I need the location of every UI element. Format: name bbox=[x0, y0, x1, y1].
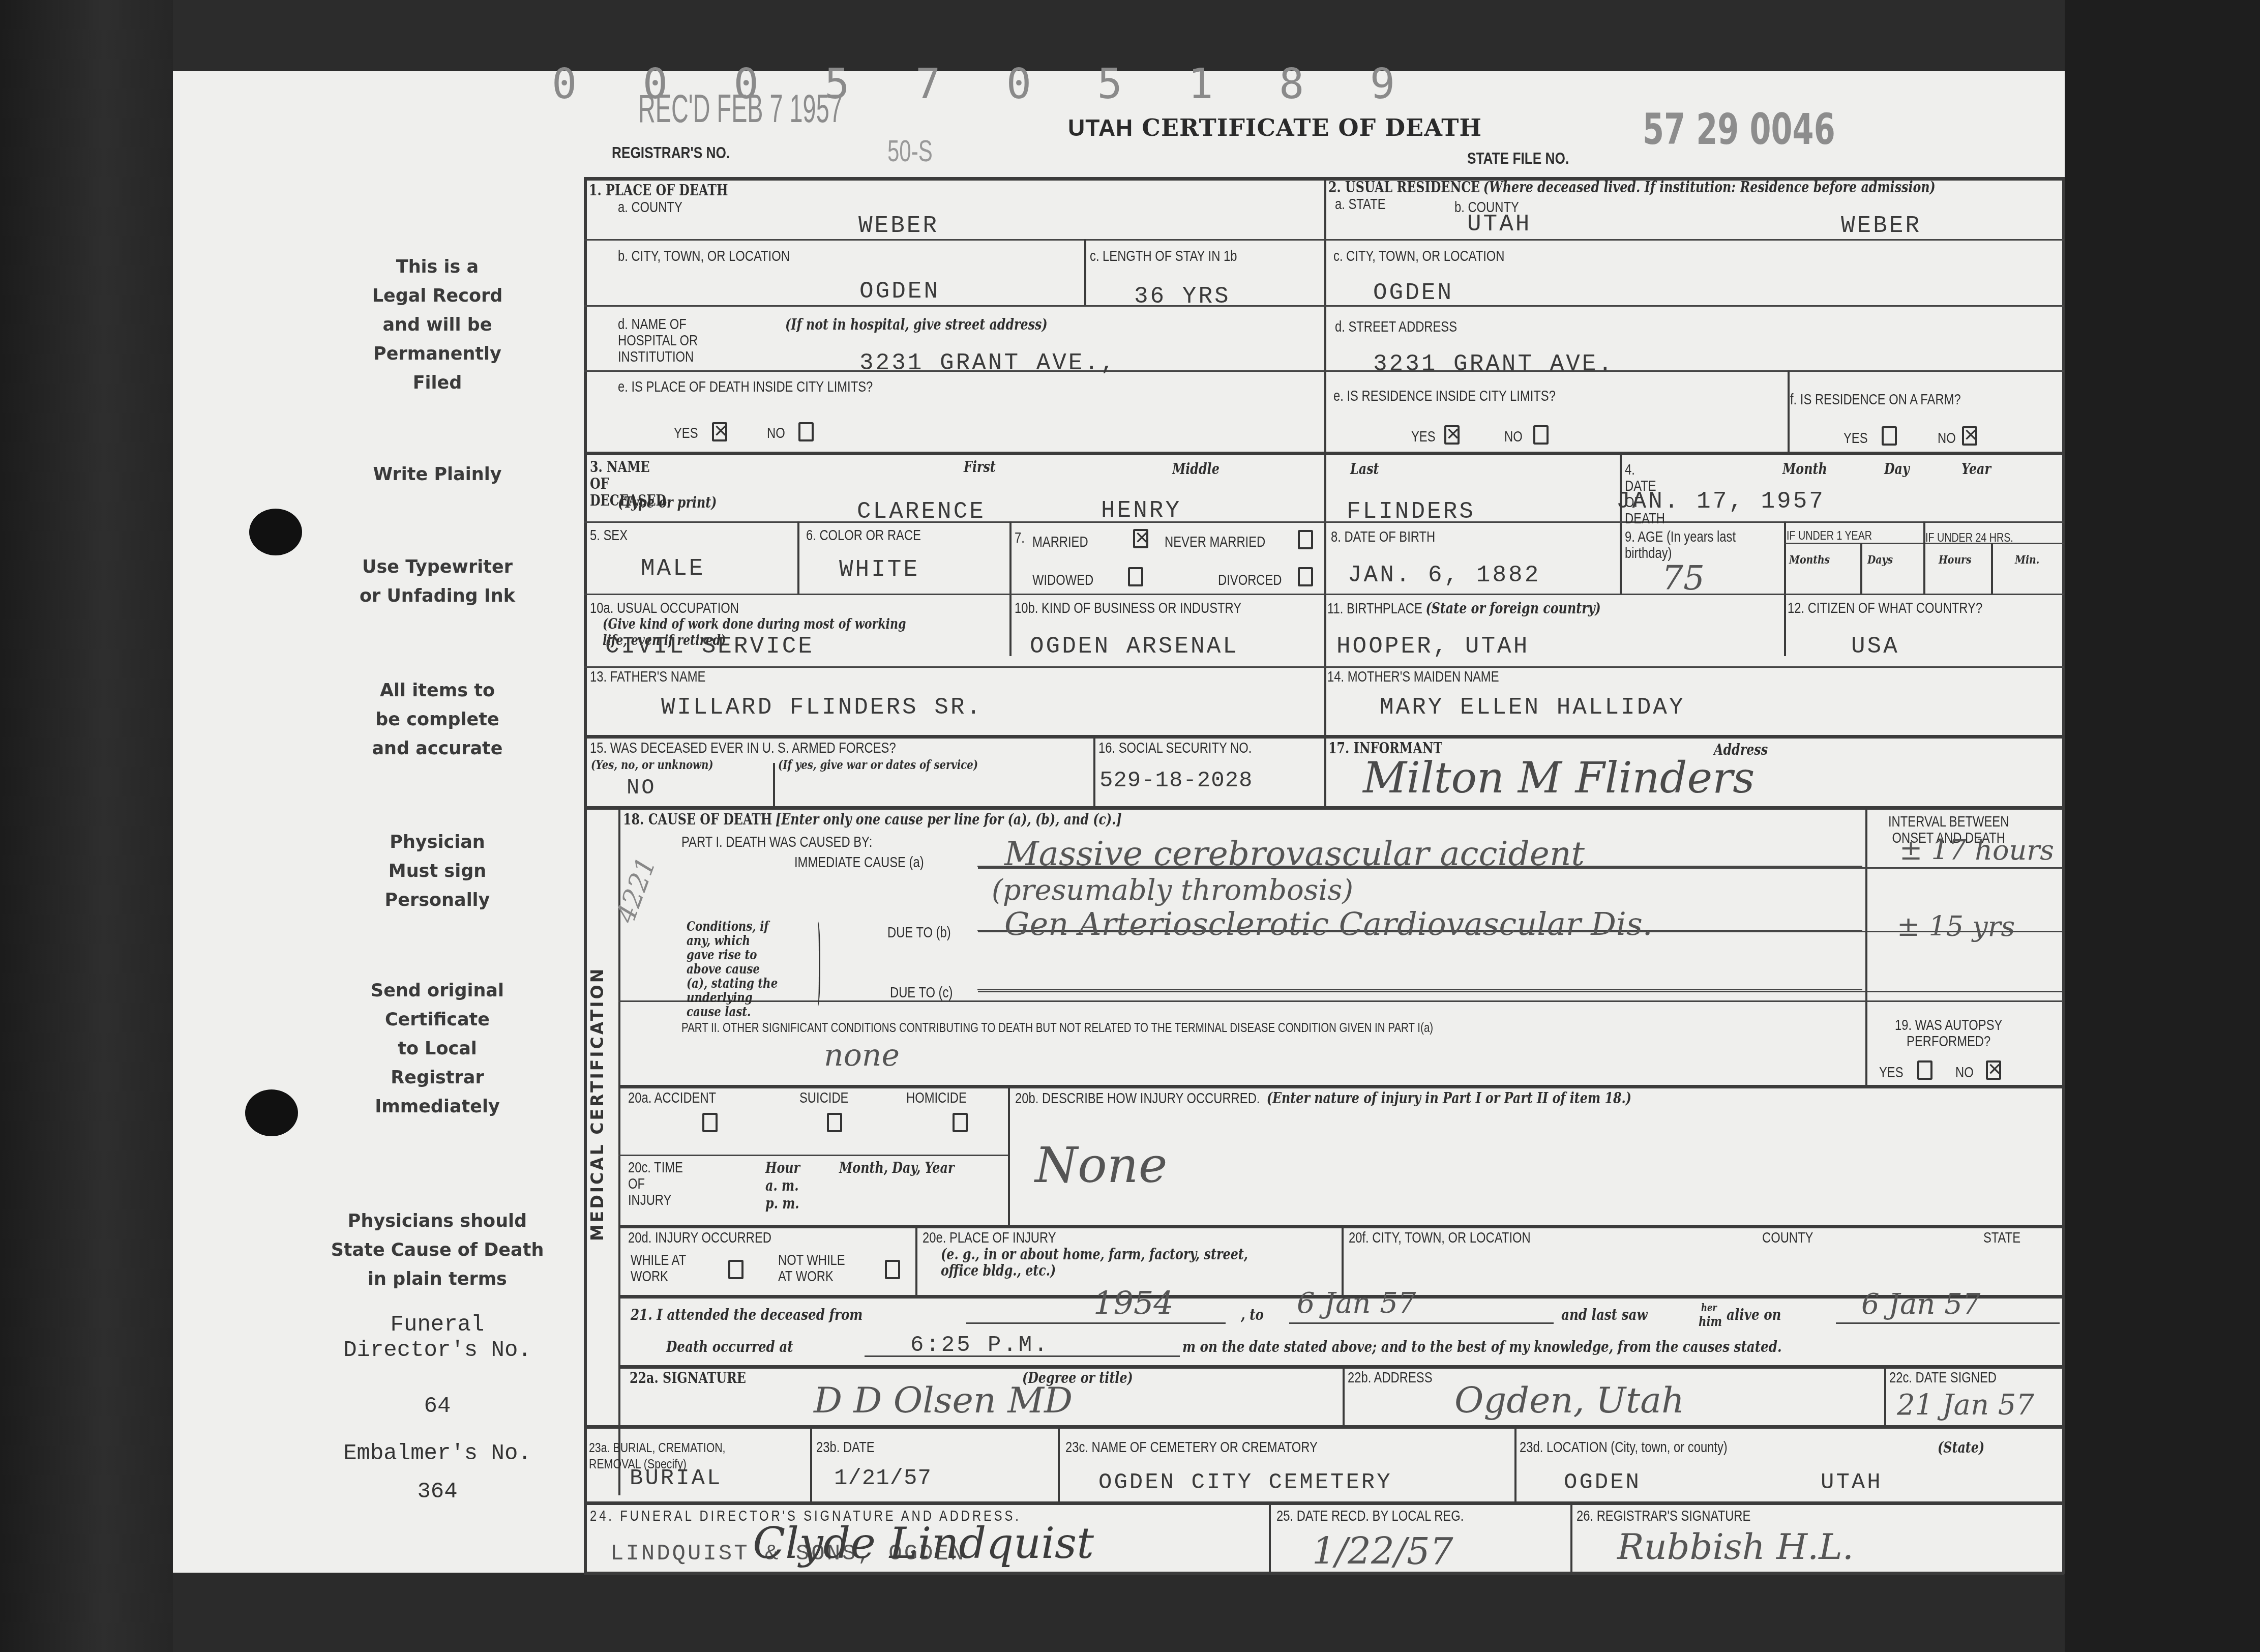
punch-hole-icon bbox=[249, 509, 302, 555]
item2-farm-no-label: NO bbox=[1938, 430, 1956, 447]
item2-no-label: NO bbox=[1504, 429, 1523, 445]
item20d-while-at-work: WHILE AT WORK bbox=[631, 1252, 701, 1285]
divider bbox=[2062, 177, 2065, 1574]
item18-part1: PART I. DEATH WAS CAUSED BY: bbox=[681, 834, 872, 850]
item22a-signature[interactable]: D D Olsen MD bbox=[814, 1379, 1073, 1421]
divider bbox=[1058, 1425, 1060, 1501]
item7-never-married-label: NEVER MARRIED bbox=[1165, 534, 1265, 550]
item21-last-seen[interactable]: 6 Jan 57 bbox=[1861, 1288, 1980, 1321]
item7-divorced-checkbox[interactable] bbox=[1298, 567, 1313, 586]
item15-label: 15. WAS DECEASED EVER IN U. S. ARMED FOR… bbox=[590, 740, 896, 756]
notice-typewriter: Use Typewriter or Unfading Ink bbox=[336, 553, 539, 611]
item9-months: Months bbox=[1789, 552, 1830, 568]
item20a-label: 20a. ACCIDENT bbox=[628, 1090, 716, 1106]
item25-label: 25. DATE RECD. BY LOCAL REG. bbox=[1276, 1508, 1464, 1524]
state-file-no-label: STATE FILE NO. bbox=[1467, 150, 1569, 166]
item1-hospital-hint: (If not in hospital, give street address… bbox=[785, 316, 1048, 333]
divider bbox=[1008, 1085, 1010, 1225]
item12-citizenship[interactable]: USA bbox=[1851, 633, 1899, 660]
divider bbox=[1991, 543, 1993, 594]
item14-label: 14. MOTHER'S MAIDEN NAME bbox=[1327, 669, 1499, 685]
divider bbox=[584, 370, 2064, 372]
item3-hint: (Type or print) bbox=[618, 494, 717, 511]
notice-physician-sign: Physician Must sign Personally bbox=[336, 828, 539, 915]
notice-legal-record: This is a Legal Record and will be Perma… bbox=[336, 253, 539, 398]
divider bbox=[584, 1501, 2064, 1505]
item1-city-label: b. CITY, TOWN, OR LOCATION bbox=[618, 248, 790, 264]
item1-yes-label: YES bbox=[674, 425, 698, 441]
item5-sex[interactable]: MALE bbox=[641, 555, 705, 582]
notice-plain-terms: Physicians should State Cause of Death i… bbox=[325, 1207, 549, 1294]
divider bbox=[797, 521, 799, 594]
item23d-label: 23d. LOCATION (City, town, or county) bbox=[1520, 1439, 1728, 1456]
notice-complete: All items to be complete and accurate bbox=[336, 676, 539, 763]
divider bbox=[1884, 1365, 1886, 1425]
item9-under-24-hrs: IF UNDER 24 HRS. bbox=[1925, 530, 2013, 546]
divider bbox=[1009, 521, 1012, 656]
divider bbox=[584, 305, 2064, 307]
page-title: UTAH CERTIFICATE OF DEATH bbox=[1068, 114, 1482, 141]
funeral-director-no: 64 bbox=[336, 1394, 539, 1419]
title-state: UTAH bbox=[1068, 114, 1133, 141]
item2-city-label: c. CITY, TOWN, OR LOCATION bbox=[1333, 248, 1504, 264]
divider bbox=[1324, 735, 1326, 806]
item20f-label: 20f. CITY, TOWN, OR LOCATION bbox=[1349, 1230, 1531, 1246]
item18-due-b[interactable]: Gen Arteriosclerotic Cardiovascular Dis. bbox=[1004, 905, 1652, 942]
underline bbox=[966, 1322, 1226, 1324]
divider bbox=[1865, 806, 1867, 1085]
item2-farm-yes-label: YES bbox=[1843, 430, 1868, 447]
item24-signature[interactable]: Clyde Lindquist bbox=[753, 1518, 1094, 1568]
item18-due-c-label: DUE TO (c) bbox=[890, 985, 953, 1001]
item18-part2-value[interactable]: none bbox=[824, 1038, 900, 1073]
item19-label: 19. WAS AUTOPSY PERFORMED? bbox=[1871, 1017, 2026, 1050]
item26-label: 26. REGISTRAR'S SIGNATURE bbox=[1577, 1508, 1750, 1524]
item20c-am: a. m. bbox=[765, 1177, 798, 1194]
item1-no-label: NO bbox=[767, 425, 785, 441]
item4-day-label: Day bbox=[1884, 461, 1910, 477]
item20c-pm: p. m. bbox=[765, 1195, 799, 1212]
divider bbox=[1570, 1501, 1572, 1574]
item8-label: 8. DATE OF BIRTH bbox=[1331, 529, 1435, 545]
item14-mother-name[interactable]: MARY ELLEN HALLIDAY bbox=[1380, 694, 1685, 721]
item20c-mdy: Month, Day, Year bbox=[839, 1160, 954, 1176]
divider bbox=[773, 763, 775, 809]
item20b-label: 20b. DESCRIBE HOW INJURY OCCURRED. (Ente… bbox=[1015, 1090, 1631, 1107]
notice-write-plainly: Write Plainly bbox=[336, 460, 539, 489]
item21-to-label: , to bbox=[1241, 1307, 1264, 1323]
underline bbox=[1836, 1322, 2060, 1324]
item1-no-checkbox[interactable] bbox=[798, 422, 814, 441]
divider bbox=[618, 1365, 2063, 1369]
item21-him: him bbox=[1699, 1314, 1722, 1330]
item22b-address[interactable]: Ogden, Utah bbox=[1454, 1379, 1684, 1421]
item9-days: Days bbox=[1867, 552, 1893, 568]
item6-race[interactable]: WHITE bbox=[839, 556, 919, 583]
divider bbox=[1784, 521, 1786, 656]
underline bbox=[865, 1355, 1180, 1357]
item3-middle-name[interactable]: HENRY bbox=[1101, 497, 1181, 524]
item20-accident-checkbox[interactable] bbox=[702, 1113, 718, 1132]
item18-immediate-label: IMMEDIATE CAUSE (a) bbox=[794, 854, 924, 871]
item9-min: Min. bbox=[2015, 552, 2039, 568]
item20e-hint: (e. g., in or about home, farm, factory,… bbox=[941, 1246, 1258, 1279]
item21-alive-on: alive on bbox=[1727, 1307, 1781, 1323]
item5-label: 5. SEX bbox=[590, 527, 628, 544]
item25-date-received[interactable]: 1/22/57 bbox=[1312, 1530, 1453, 1573]
divider bbox=[915, 1225, 917, 1295]
item23c-label: 23c. NAME OF CEMETERY OR CREMATORY bbox=[1065, 1439, 1318, 1456]
item23b-label: 23b. DATE bbox=[816, 1439, 875, 1456]
underline bbox=[1289, 1322, 1554, 1324]
item1-yes-checkbox[interactable] bbox=[712, 422, 727, 441]
embalmer-label: Embalmer's No. bbox=[336, 1441, 539, 1466]
item10b-label: 10b. KIND OF BUSINESS OR INDUSTRY bbox=[1015, 600, 1241, 616]
item23c-cemetery[interactable]: OGDEN CITY CEMETERY bbox=[1098, 1470, 1392, 1495]
divider bbox=[1788, 370, 1790, 452]
divider bbox=[1093, 735, 1095, 806]
item18-part2: PART II. OTHER SIGNIFICANT CONDITIONS CO… bbox=[681, 1020, 1433, 1036]
item8-date-of-birth[interactable]: JAN. 6, 1882 bbox=[1348, 562, 1540, 588]
item1-hospital[interactable]: 3231 GRANT AVE., bbox=[859, 350, 1117, 376]
item21-death-time[interactable]: 6:25 P.M. bbox=[910, 1333, 1050, 1358]
scan-border-bottom bbox=[173, 1573, 2065, 1652]
scan-border-left bbox=[0, 0, 173, 1652]
divider bbox=[1343, 1365, 1345, 1425]
divider bbox=[584, 735, 2064, 739]
item20d-not-while-at-work-checkbox[interactable] bbox=[885, 1260, 900, 1279]
item22a-label: 22a. SIGNATURE bbox=[630, 1370, 746, 1386]
item2-yes-label: YES bbox=[1411, 429, 1436, 445]
item20d-not-while-at-work: NOT WHILE AT WORK bbox=[778, 1252, 857, 1285]
item20-suicide-checkbox[interactable] bbox=[827, 1113, 842, 1132]
divider bbox=[1324, 177, 1326, 736]
item10b-industry[interactable]: OGDEN ARSENAL bbox=[1030, 633, 1239, 660]
item2-city[interactable]: OGDEN bbox=[1373, 280, 1453, 306]
item20b-value[interactable]: None bbox=[1035, 1137, 1167, 1194]
registrars-no-label: REGISTRAR'S NO. bbox=[612, 144, 730, 161]
divider bbox=[584, 806, 2064, 810]
funeral-director-label: Funeral Director's No. bbox=[336, 1312, 539, 1363]
item7-divorced-label: DIVORCED bbox=[1218, 572, 1282, 588]
item20-homicide-checkbox[interactable] bbox=[953, 1113, 968, 1132]
title-text: CERTIFICATE OF DEATH bbox=[1142, 114, 1482, 141]
item9-label: 9. AGE (In years last birthday) bbox=[1625, 529, 1750, 562]
item1-inside-city-label: e. IS PLACE OF DEATH INSIDE CITY LIMITS? bbox=[618, 379, 873, 395]
item2-inside-no-checkbox[interactable] bbox=[1533, 425, 1549, 445]
item11-label: 11. BIRTHPLACE (State or foreign country… bbox=[1327, 600, 1601, 617]
item15-hint-a: (Yes, no, or unknown) bbox=[591, 757, 713, 773]
item7-never-married-checkbox[interactable] bbox=[1298, 530, 1313, 549]
item16-label: 16. SOCIAL SECURITY NO. bbox=[1098, 740, 1252, 756]
divider bbox=[618, 1000, 2063, 1002]
item7-widowed-label: WIDOWED bbox=[1032, 572, 1093, 588]
item23d-location[interactable]: OGDEN bbox=[1564, 1470, 1641, 1495]
item2-street-label: d. STREET ADDRESS bbox=[1335, 319, 1457, 335]
registrars-no: 50-S bbox=[887, 133, 933, 168]
item20f-county: COUNTY bbox=[1762, 1230, 1813, 1246]
item21-text-2: and last saw bbox=[1561, 1307, 1648, 1323]
item20e-label: 20e. PLACE OF INJURY bbox=[923, 1230, 1056, 1246]
item18-interval-b[interactable]: ± 15 yrs bbox=[1897, 910, 2015, 942]
item3-first-label: First bbox=[964, 459, 996, 475]
divider bbox=[978, 991, 2062, 992]
item3-last-name[interactable]: FLINDERS bbox=[1347, 498, 1475, 525]
item7-widowed-checkbox[interactable] bbox=[1128, 567, 1143, 586]
item2-street[interactable]: 3231 GRANT AVE. bbox=[1373, 351, 1614, 377]
item2-inside-city-label: e. IS RESIDENCE INSIDE CITY LIMITS? bbox=[1333, 388, 1556, 404]
item16-ssn[interactable]: 529-18-2028 bbox=[1099, 768, 1253, 793]
item7-label: 7. bbox=[1015, 530, 1025, 546]
item23d-state[interactable]: UTAH bbox=[1821, 1470, 1883, 1495]
item10a-label: 10a. USUAL OCCUPATION bbox=[590, 600, 739, 616]
bracket bbox=[814, 921, 820, 1007]
divider bbox=[618, 1225, 2063, 1228]
item2-farm-yes-checkbox[interactable] bbox=[1882, 426, 1897, 446]
item1-stay-label: c. LENGTH OF STAY IN 1b bbox=[1090, 248, 1237, 264]
divider bbox=[618, 1085, 2063, 1088]
item19-yes-checkbox[interactable] bbox=[1917, 1060, 1932, 1080]
item20-homicide-label: HOMICIDE bbox=[906, 1090, 967, 1106]
item15-hint-b: (If yes, give war or dates of service) bbox=[778, 757, 978, 773]
item4-date-of-death[interactable]: JAN. 17, 1957 bbox=[1616, 488, 1825, 515]
item7-married-checkbox[interactable] bbox=[1133, 529, 1148, 548]
item22c-label: 22c. DATE SIGNED bbox=[1889, 1370, 1997, 1386]
item18-interval-a[interactable]: ± 17 hours bbox=[1899, 834, 2054, 866]
item13-label: 13. FATHER'S NAME bbox=[590, 669, 705, 685]
item1-stay[interactable]: 36 YRS bbox=[1134, 283, 1231, 310]
item20d-while-at-work-checkbox[interactable] bbox=[728, 1260, 744, 1279]
item26-registrar-signature[interactable]: Rubbish H.L. bbox=[1617, 1526, 1854, 1568]
item21-text-1: 21. I attended the deceased from bbox=[631, 1307, 863, 1323]
item2-label: 2. USUAL RESIDENCE (Where deceased lived… bbox=[1328, 179, 1936, 196]
item21-death-at-label: Death occurred at bbox=[666, 1339, 793, 1355]
item7-married-label: MARRIED bbox=[1032, 534, 1088, 550]
item18-label: 18. CAUSE OF DEATH [Enter only one cause… bbox=[623, 811, 1122, 828]
divider bbox=[584, 239, 2064, 241]
item23b-date[interactable]: 1/21/57 bbox=[834, 1466, 932, 1491]
item3-last-label: Last bbox=[1350, 461, 1379, 477]
item6-label: 6. COLOR OR RACE bbox=[806, 527, 921, 544]
medical-certification-label: MEDICAL CERTIFICATION bbox=[587, 967, 607, 1241]
item9-hours: Hours bbox=[1939, 552, 1972, 568]
item23a-disposition[interactable]: BURIAL bbox=[630, 1466, 722, 1491]
item9-under-1-year: IF UNDER 1 YEAR bbox=[1787, 528, 1872, 544]
divider bbox=[1860, 543, 1862, 594]
item20f-state: STATE bbox=[1983, 1230, 2020, 1246]
item22b-label: 22b. ADDRESS bbox=[1348, 1370, 1433, 1386]
item18-due-b-label: DUE TO (b) bbox=[887, 925, 951, 941]
item10a-occupation[interactable]: CIVIL SERVICE bbox=[605, 633, 814, 660]
item21-from[interactable]: 1954 bbox=[1093, 1284, 1174, 1321]
divider bbox=[584, 1425, 2064, 1429]
item1-hospital-label: d. NAME OF HOSPITAL OR INSTITUTION bbox=[618, 316, 701, 365]
item2-county[interactable]: WEBER bbox=[1841, 213, 1921, 239]
notice-send-original: Send original Certificate to Local Regis… bbox=[336, 977, 539, 1122]
item20d-label: 20d. INJURY OCCURRED bbox=[628, 1230, 771, 1246]
item4-month-label: Month bbox=[1782, 461, 1827, 477]
divider bbox=[1084, 239, 1086, 305]
item18-immediate-cause-2[interactable]: (presumably thrombosis) bbox=[992, 874, 1353, 907]
item1-label: 1. PLACE OF DEATH bbox=[589, 182, 728, 199]
item19-no-label: NO bbox=[1955, 1065, 1974, 1081]
item21-to[interactable]: 6 Jan 57 bbox=[1297, 1287, 1416, 1320]
item17-informant-signature[interactable]: Milton M Flinders bbox=[1363, 753, 1755, 803]
item9-age[interactable]: 75 bbox=[1662, 558, 1705, 598]
divider bbox=[1620, 452, 1622, 594]
divider bbox=[810, 1425, 812, 1501]
item19-yes-label: YES bbox=[1879, 1065, 1904, 1081]
state-file-no: 57 29 0046 bbox=[1643, 104, 1835, 154]
item2-farm-label: f. IS RESIDENCE ON A FARM? bbox=[1790, 392, 1961, 408]
item15-armed-forces[interactable]: NO bbox=[627, 776, 656, 800]
scan-border-right bbox=[2046, 0, 2260, 1652]
divider bbox=[584, 666, 2064, 668]
item2-county-label: b. COUNTY bbox=[1454, 199, 1519, 216]
item19-no-checkbox[interactable] bbox=[1986, 1060, 2001, 1080]
item22c-date-signed[interactable]: 21 Jan 57 bbox=[1897, 1389, 2034, 1422]
punch-hole-icon bbox=[245, 1089, 298, 1136]
item3-middle-label: Middle bbox=[1172, 461, 1220, 477]
item1-county-label: a. COUNTY bbox=[618, 199, 682, 216]
embalmer-no: 364 bbox=[336, 1479, 539, 1504]
item4-year-label: Year bbox=[1961, 461, 1991, 477]
divider bbox=[1269, 1501, 1271, 1574]
item20-suicide-label: SUICIDE bbox=[799, 1090, 848, 1106]
underline bbox=[977, 989, 1862, 990]
item2-farm-no-checkbox[interactable] bbox=[1962, 426, 1977, 446]
item18-immediate-cause[interactable]: Massive cerebrovascular accident bbox=[1004, 834, 1585, 873]
item21-text-3: m on the date stated above; and to the b… bbox=[1182, 1339, 1782, 1355]
item20c-hour: Hour bbox=[765, 1160, 800, 1176]
item12-label: 12. CITIZEN OF WHAT COUNTRY? bbox=[1788, 600, 1982, 616]
divider bbox=[1342, 1225, 1344, 1295]
item2-state-label: a. STATE bbox=[1335, 196, 1386, 213]
item18-conditions-hint: Conditions, if any, which gave rise to a… bbox=[687, 920, 781, 1019]
item1-city[interactable]: OGDEN bbox=[859, 278, 940, 305]
received-stamp: REC'D FEB 7 1957 bbox=[638, 85, 843, 132]
item2-inside-yes-checkbox[interactable] bbox=[1444, 425, 1460, 445]
item3-first-name[interactable]: CLARENCE bbox=[857, 498, 986, 525]
item13-father-name[interactable]: WILLARD FLINDERS SR. bbox=[661, 694, 983, 721]
divider bbox=[1514, 1425, 1516, 1501]
item20c-label: 20c. TIME OF INJURY bbox=[628, 1160, 687, 1208]
divider bbox=[584, 177, 587, 1574]
divider bbox=[584, 452, 2064, 455]
divider bbox=[584, 521, 2064, 523]
divider bbox=[584, 594, 2064, 595]
item1-county[interactable]: WEBER bbox=[858, 213, 939, 239]
divider bbox=[618, 1155, 1008, 1156]
item11-birthplace[interactable]: HOOPER, UTAH bbox=[1336, 633, 1529, 660]
item23d-state-label: (State) bbox=[1938, 1439, 1984, 1456]
